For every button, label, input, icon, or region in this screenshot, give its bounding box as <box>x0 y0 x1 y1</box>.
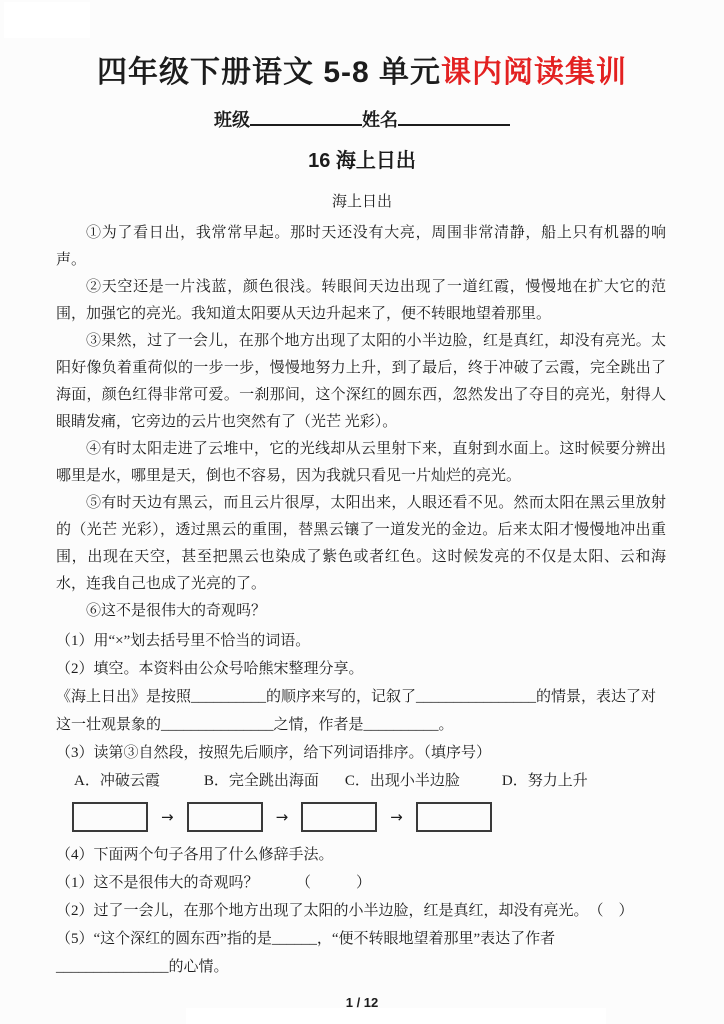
answer-box-4[interactable] <box>416 802 492 832</box>
passage-paragraph-3: ③果然，过了一会儿，在那个地方出现了太阳的小半边脸，红是真红，却没有亮光。太阳好… <box>56 328 666 436</box>
passage-title: 海上日出 <box>0 192 724 212</box>
question-3-options: A．冲破云霞 B．完全跳出海面 C．出现小半边脸 D．努力上升 <box>56 767 666 795</box>
arrow-right-icon: → <box>161 808 174 826</box>
student-info-line: 班级姓名 <box>0 108 724 132</box>
option-c: C．出现小半边脸 <box>345 767 460 795</box>
answer-box-3[interactable] <box>301 802 377 832</box>
passage: ①为了看日出，我常常早起。那时天还没有大亮，周围非常清静，船上只有机器的响声。 … <box>56 220 666 625</box>
name-blank-line[interactable] <box>398 108 510 126</box>
bottom-white-band <box>186 1008 606 1024</box>
passage-paragraph-2: ②天空还是一片浅蓝，颜色很浅。转眼间天边出现了一道红霞，慢慢地在扩大它的范围，加… <box>56 274 666 328</box>
passage-paragraph-6: ⑥这不是很伟大的奇观吗？ <box>56 598 666 625</box>
question-2-fill-line-2: 这一壮观景象的_______________之情，作者是__________。 <box>56 711 666 739</box>
question-5-line-2: _______________的心情。 <box>56 953 666 981</box>
title-part-red: 课内阅读集训 <box>441 56 627 89</box>
name-label: 姓名 <box>362 110 398 130</box>
sequence-answer-row: → → → <box>72 802 666 832</box>
lesson-heading: 16 海上日出 <box>0 148 724 174</box>
top-left-white-patch <box>4 2 90 38</box>
question-2-fill-line-1: 《海上日出》是按照__________的顺序来写的，记叙了___________… <box>56 683 666 711</box>
option-b: B．完全跳出海面 <box>204 767 319 795</box>
class-blank-line[interactable] <box>250 108 362 126</box>
question-5-line-1: （5）“这个深红的圆东西”指的是______，“便不转眼地望着那里”表达了作者 <box>56 925 666 953</box>
questions-section: （1）用“×”划去括号里不恰当的词语。 （2）填空。本资料由公众号哈熊宋整理分享… <box>56 627 666 981</box>
passage-paragraph-4: ④有时太阳走进了云堆中，它的光线却从云里射下来，直射到水面上。这时候要分辨出哪里… <box>56 436 666 490</box>
answer-box-2[interactable] <box>187 802 263 832</box>
question-1: （1）用“×”划去括号里不恰当的词语。 <box>56 627 666 655</box>
page-content: ①为了看日出，我常常早起。那时天还没有大亮，周围非常清静，船上只有机器的响声。 … <box>0 220 724 981</box>
title-part-black: 四年级下册语文 5-8 单元 <box>97 56 441 89</box>
question-4: （4）下面两个句子各用了什么修辞手法。 <box>56 841 666 869</box>
class-label: 班级 <box>214 110 250 130</box>
question-4-sub-2: （2）过了一会儿，在那个地方出现了太阳的小半边脸，红是真红，却没有亮光。 （ ） <box>56 897 666 925</box>
answer-box-1[interactable] <box>72 802 148 832</box>
page-title: 四年级下册语文 5-8 单元课内阅读集训 <box>0 54 724 92</box>
worksheet-page: 四年级下册语文 5-8 单元课内阅读集训 班级姓名 16 海上日出 海上日出 ①… <box>0 0 724 1024</box>
option-a: A．冲破云霞 <box>74 767 160 795</box>
passage-paragraph-1: ①为了看日出，我常常早起。那时天还没有大亮，周围非常清静，船上只有机器的响声。 <box>56 220 666 274</box>
passage-paragraph-5: ⑤有时天边有黑云，而且云片很厚，太阳出来，人眼还看不见。然而太阳在黑云里放射的（… <box>56 490 666 598</box>
question-3: （3）读第③自然段，按照先后顺序，给下列词语排序。（填序号） <box>56 739 666 767</box>
arrow-right-icon: → <box>390 808 403 826</box>
option-d: D．努力上升 <box>502 767 588 795</box>
question-4-sub-1: （1）这不是很伟大的奇观吗？ （ ） <box>56 869 666 897</box>
question-2: （2）填空。本资料由公众号哈熊宋整理分享。 <box>56 655 666 683</box>
arrow-right-icon: → <box>276 808 289 826</box>
